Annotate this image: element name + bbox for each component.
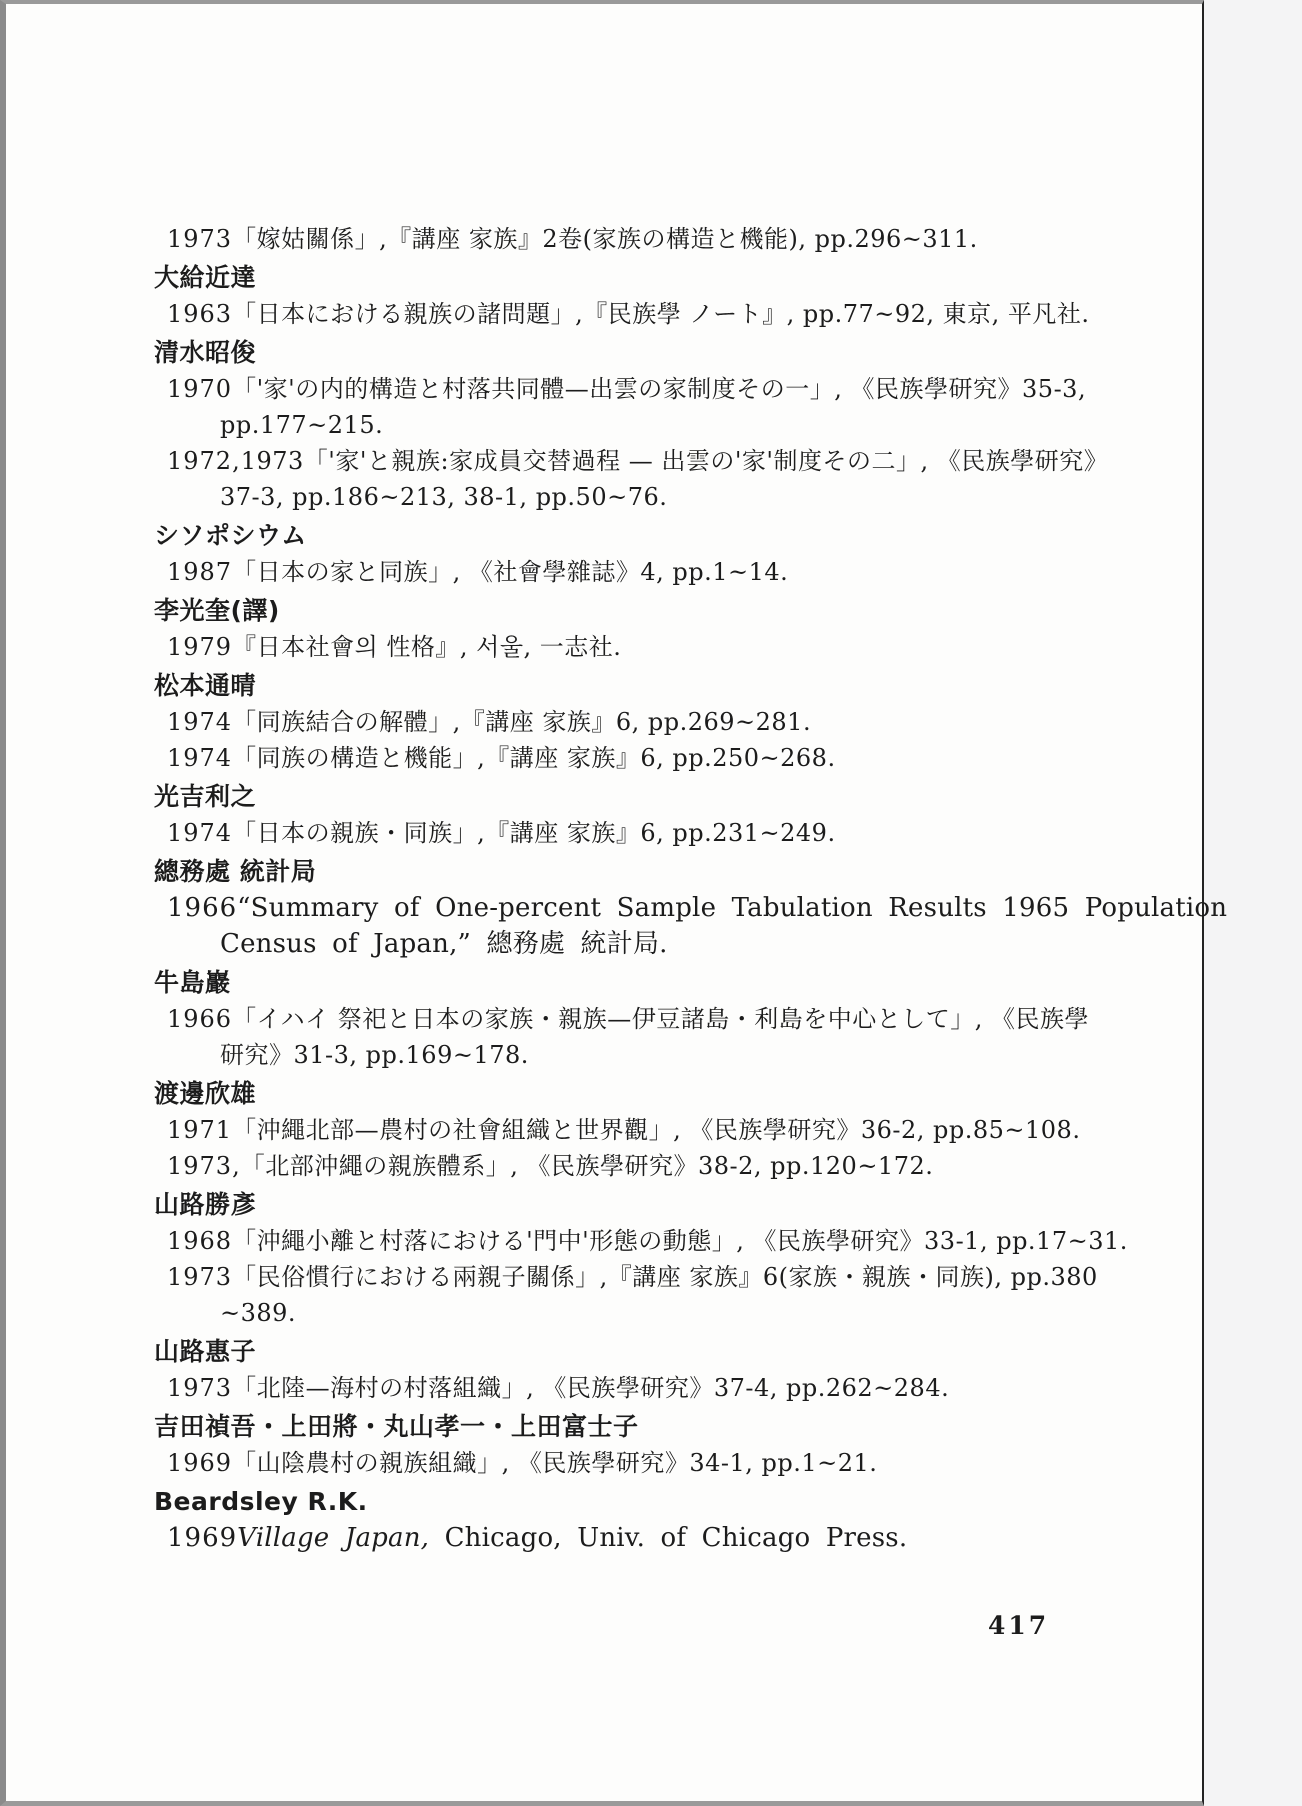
bib-entry-line: 1969Village Japan, Chicago, Univ. of Chi… (167, 1520, 1202, 1556)
bib-entry-line: 1973,「北部沖繩の親族體系」, 《民族學研究》38-2, pp.120~17… (167, 1148, 1202, 1184)
bib-entry-text: Census of Japan,” 總務處 統計局. (220, 929, 668, 959)
bib-entry-line: 1974「同族結合の解體」,『講座 家族』6, pp.269~281. (167, 704, 1202, 740)
bib-author-name: 山路惠子 (154, 1337, 256, 1366)
bib-author-header: 吉田禎吾・上田將・丸山孝一・上田富士子 (154, 1409, 1202, 1445)
bib-entry-line: 1974「同族の構造と機能」,『講座 家族』6, pp.250~268. (167, 740, 1202, 776)
bib-entry-line: 1966“Summary of One-percent Sample Tabul… (167, 890, 1202, 926)
bib-entry-year: 1987 (167, 554, 232, 590)
bib-entry-line: 1979『日本社會의 性格』, 서울, 一志社. (167, 629, 1202, 665)
bib-entry-text: 研究》31-3, pp.169~178. (220, 1041, 529, 1069)
bib-author-name: シソポシウム (154, 521, 307, 550)
bib-author-header: 光吉利之 (154, 779, 1202, 815)
bib-entry-year: 1966 (167, 1001, 232, 1037)
bib-entry-text: 「嫁姑關係」,『講座 家族』2卷(家族の構造と機能), pp.296~311. (232, 225, 978, 253)
bib-continuation-line: 研究》31-3, pp.169~178. (220, 1037, 1202, 1073)
bib-entry-year: 1979 (167, 629, 232, 665)
bib-author-header: 大給近達 (154, 260, 1202, 296)
bib-author-name: 山路勝彥 (154, 1190, 256, 1219)
bib-continuation-line: 37-3, pp.186~213, 38-1, pp.50~76. (220, 479, 1202, 515)
page-number: 417 (988, 1611, 1049, 1640)
bib-entry-line: 1969「山陰農村の親族組織」, 《民族學研究》34-1, pp.1~21. (167, 1445, 1202, 1481)
bib-entry-year: 1969 (167, 1445, 232, 1481)
bib-entry-year: 1974 (167, 740, 232, 776)
bib-entry-text: 「'家'の内的構造と村落共同體—出雲の家制度その一」, 《民族學研究》35-3, (232, 375, 1086, 403)
bib-entry-text: 「沖繩北部—農村の社會組織と世界觀」, 《民族學研究》36-2, pp.85~1… (232, 1116, 1080, 1144)
bib-author-header: 山路惠子 (154, 1334, 1202, 1370)
bib-author-header: 山路勝彥 (154, 1187, 1202, 1223)
bibliography-list: 1973「嫁姑關係」,『講座 家族』2卷(家族の構造と機能), pp.296~3… (6, 4, 1202, 1556)
bib-author-name: 大給近達 (154, 263, 256, 292)
bib-entry-line: 1972,1973「'家'と親族:家成員交替過程 — 出雲の'家'制度その二」,… (167, 443, 1202, 479)
bib-entry-year: 1973 (167, 221, 232, 257)
bib-entry-year: 1974 (167, 704, 232, 740)
bib-entry-year: 1972, (167, 443, 241, 479)
bib-author-name: 牛島巖 (154, 968, 231, 997)
bib-entry-text: 「イハイ 祭祀と日本の家族・親族—伊豆諸島・利島を中心として」, 《民族學 (232, 1005, 1089, 1033)
bib-entry-text: 「同族の構造と機能」,『講座 家族』6, pp.250~268. (232, 744, 836, 772)
bib-entry-line: 1974「日本の親族・同族」,『講座 家族』6, pp.231~249. (167, 815, 1202, 851)
bib-author-name: 渡邊欣雄 (154, 1079, 256, 1108)
bib-author-header: シソポシウム (154, 518, 1202, 554)
bib-continuation-line: pp.177~215. (220, 407, 1202, 443)
bib-entry-text: 「日本の家と同族」, 《社會學雜誌》4, pp.1~14. (232, 558, 788, 586)
bib-entry-line: 1968「沖繩小離と村落における'門中'形態の動態」, 《民族學研究》33-1,… (167, 1223, 1202, 1259)
bib-entry-text: 「同族結合の解體」,『講座 家族』6, pp.269~281. (232, 708, 811, 736)
bib-author-name: 清水昭俊 (154, 338, 256, 367)
bib-entry-text: ~389. (220, 1299, 296, 1327)
bib-entry-year: 1973 (167, 1370, 232, 1406)
bib-entry-text: 1973「'家'と親族:家成員交替過程 — 出雲の'家'制度その二」, 《民族學… (241, 447, 1109, 475)
bib-entry-line: 1973「嫁姑關係」,『講座 家族』2卷(家族の構造と機能), pp.296~3… (167, 221, 1202, 257)
bib-entry-text: 「北陸—海村の村落組織」, 《民族學研究》37-4, pp.262~284. (232, 1374, 949, 1402)
bib-author-header: 清水昭俊 (154, 335, 1202, 371)
bib-author-name: 光吉利之 (154, 782, 256, 811)
bib-entry-text: 「山陰農村の親族組織」, 《民族學研究》34-1, pp.1~21. (232, 1449, 877, 1477)
bib-entry-text: 「北部沖繩の親族體系」, 《民族學研究》38-2, pp.120~172. (241, 1152, 934, 1180)
bib-entry-year: 1968 (167, 1223, 232, 1259)
bib-author-name: Beardsley R.K. (154, 1487, 368, 1516)
bib-entry-text: pp.177~215. (220, 411, 383, 439)
bib-continuation-line: ~389. (220, 1295, 1202, 1331)
bib-entry-text: 「日本の親族・同族」,『講座 家族』6, pp.231~249. (232, 819, 836, 847)
bib-author-header: Beardsley R.K. (154, 1484, 1202, 1520)
bib-author-name: 李光奎(譯) (154, 596, 280, 625)
bib-entry-text: 「民俗慣行における兩親子關係」,『講座 家族』6(家族・親族・同族), pp.3… (232, 1263, 1098, 1291)
bib-entry-year: 1970 (167, 371, 232, 407)
bib-author-name: 吉田禎吾・上田將・丸山孝一・上田富士子 (154, 1412, 639, 1441)
bib-entry-year: 1973, (167, 1148, 241, 1184)
bib-entry-year: 1973 (167, 1259, 232, 1295)
bib-entry-line: 1971「沖繩北部—農村の社會組織と世界觀」, 《民族學研究》36-2, pp.… (167, 1112, 1202, 1148)
scanned-page: 1973「嫁姑關係」,『講座 家族』2卷(家族の構造と機能), pp.296~3… (0, 0, 1204, 1806)
bib-entry-line: 1987「日本の家と同族」, 《社會學雜誌》4, pp.1~14. (167, 554, 1202, 590)
bib-entry-year: 1971 (167, 1112, 232, 1148)
bib-entry-line: 1963「日本における親族の諸問題」,『民族學 ノート』, pp.77~92, … (167, 296, 1202, 332)
bib-entry-line: 1970「'家'の内的構造と村落共同體—出雲の家制度その一」, 《民族學研究》3… (167, 371, 1202, 407)
bib-entry-text: 「沖繩小離と村落における'門中'形態の動態」, 《民族學研究》33-1, pp.… (232, 1227, 1128, 1255)
bib-entry-text: “Summary of One-percent Sample Tabulatio… (237, 893, 1227, 923)
bib-title-italic: Village Japan, (237, 1523, 429, 1553)
bib-author-header: 牛島巖 (154, 965, 1202, 1001)
bib-entry-year: 1974 (167, 815, 232, 851)
bib-author-name: 總務處 統計局 (154, 857, 316, 886)
bib-continuation-line: Census of Japan,” 總務處 統計局. (220, 926, 1202, 962)
bib-entry-year: 1966 (167, 890, 237, 926)
bib-entry-year: 1969 (167, 1520, 237, 1556)
bib-entry-line: 1973「北陸—海村の村落組織」, 《民族學研究》37-4, pp.262~28… (167, 1370, 1202, 1406)
bib-author-header: 李光奎(譯) (154, 593, 1202, 629)
bib-entry-text: 37-3, pp.186~213, 38-1, pp.50~76. (220, 483, 667, 511)
bib-author-header: 松本通晴 (154, 668, 1202, 704)
bib-entry-line: 1973「民俗慣行における兩親子關係」,『講座 家族』6(家族・親族・同族), … (167, 1259, 1202, 1295)
bib-author-name: 松本通晴 (154, 671, 256, 700)
bib-author-header: 渡邊欣雄 (154, 1076, 1202, 1112)
bib-entry-text: Chicago, Univ. of Chicago Press. (429, 1523, 907, 1553)
bib-author-header: 總務處 統計局 (154, 854, 1202, 890)
bib-entry-text: 「日本における親族の諸問題」,『民族學 ノート』, pp.77~92, 東京, … (232, 300, 1089, 328)
bib-entry-text: 『日本社會의 性格』, 서울, 一志社. (232, 633, 621, 661)
bib-entry-year: 1963 (167, 296, 232, 332)
bib-entry-line: 1966「イハイ 祭祀と日本の家族・親族—伊豆諸島・利島を中心として」, 《民族… (167, 1001, 1202, 1037)
